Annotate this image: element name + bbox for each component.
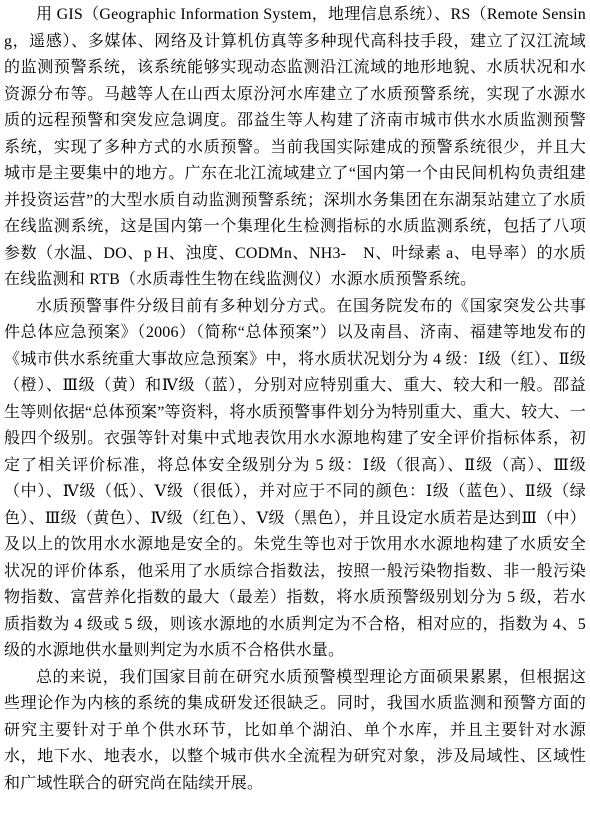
paragraph-summary: 总的来说，我们国家目前在研究水质预警模型理论方面硕果累累，但根据这些理论作为内核… <box>4 665 586 798</box>
paragraph-monitoring-systems: 用 GIS（Geographic Information System，地理信息… <box>4 2 586 294</box>
paragraph-warning-level-classification: 水质预警事件分级目前有多种划分方式。在国务院发布的《国家突发公共事件总体应急预案… <box>4 294 586 665</box>
document-page: 用 GIS（Geographic Information System，地理信息… <box>0 0 590 827</box>
